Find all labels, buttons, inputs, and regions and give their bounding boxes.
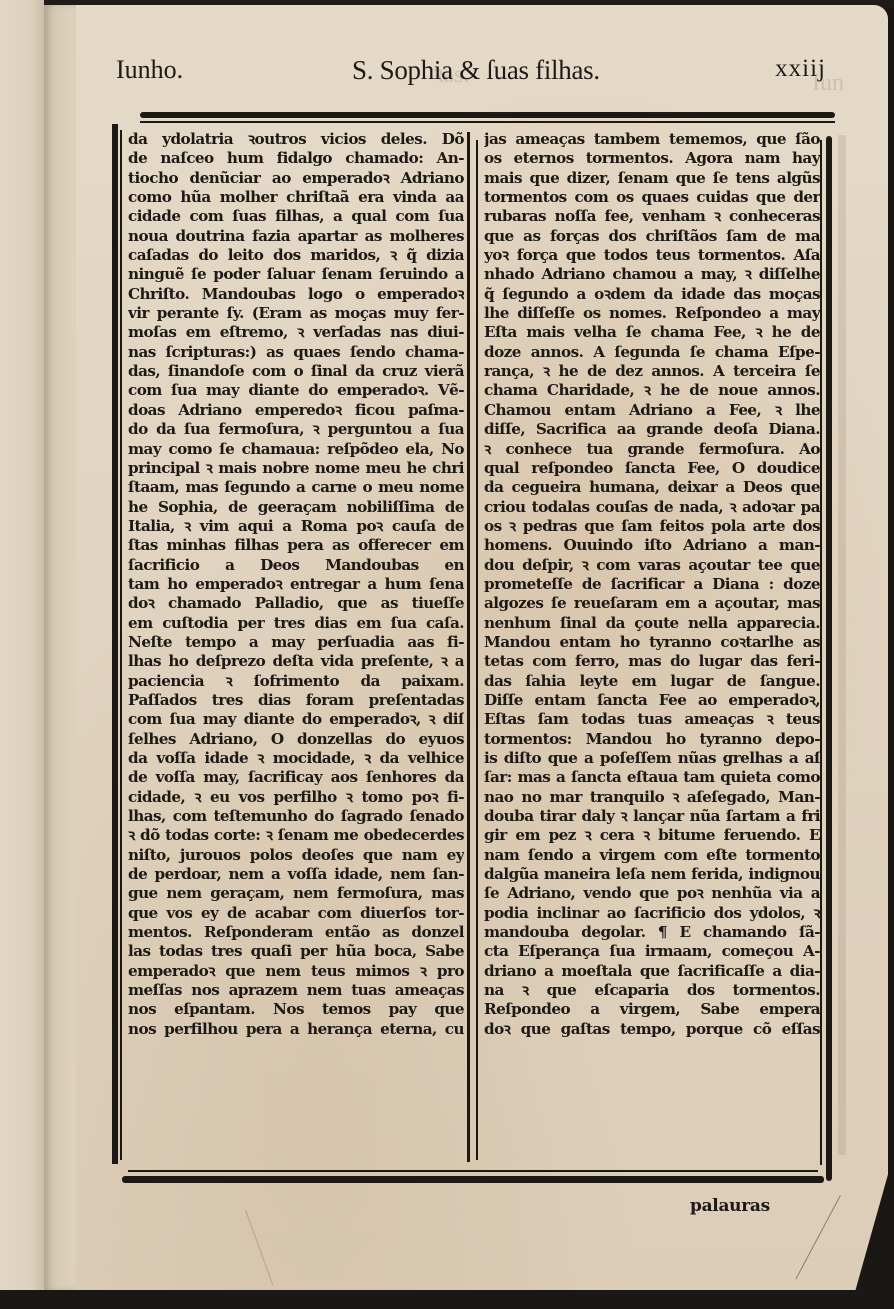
text-line: nos eſpantam. Nos temos pay que <box>128 1000 464 1019</box>
text-line: ſtas minhas filhas pera as offerecer em <box>128 536 464 555</box>
text-line: Eſta mais velha ſe chama Fee, ꝛ he de <box>484 323 820 342</box>
text-line: is diſto que a poſeſſem nũas grelhas a a… <box>484 749 820 768</box>
left-text-column: da ydolatria ꝛoutros vicios deles. Dõde … <box>128 130 464 1039</box>
book-gutter <box>44 5 76 1290</box>
text-line: podia inclinar ao ſacrificio dos ydolos,… <box>484 904 820 923</box>
text-line: dalgũa maneira leſa nem ferida, indignou <box>484 865 820 884</box>
text-line: principal ꝛ mais nobre nome meu he chri <box>128 459 464 478</box>
text-line: da cegueira humana, deixar a Deos que <box>484 478 820 497</box>
column-divider <box>467 132 470 1162</box>
text-line: Chamou entam Adriano a Fee, ꝛ lhe <box>484 401 820 420</box>
text-line: mandouba degolar. ¶ E chamando ſã- <box>484 923 820 942</box>
text-line: ꝛ conhece tua grande fermoſura. Ao <box>484 440 820 459</box>
column-divider-inner <box>476 140 478 1160</box>
text-line: Neſte tempo a may perſuadia aas fi- <box>128 633 464 652</box>
text-line: das, ſinandoſe com o ſinal da cruz vierã <box>128 362 464 381</box>
text-line: Mandou entam ho tyranno coꝛtarlhe as <box>484 633 820 652</box>
text-line: ſacrificio a Deos Mandoubas en <box>128 556 464 575</box>
text-line: nam ſendo a virgem com eſte tormento <box>484 846 820 865</box>
bottom-rule-thick <box>122 1176 824 1183</box>
text-line: rubaras noſſa fee, venham ꝛ conheceras <box>484 207 820 226</box>
text-line: doꝛ chamado Palladio, que as tiueſſe <box>128 594 464 613</box>
left-border-thick <box>112 124 118 1164</box>
text-line: na ꝛ que eſcaparia dos tormentos. <box>484 981 820 1000</box>
text-line: de voſſa may, ſacrificay aos ſenhores da <box>128 768 464 787</box>
text-line: nao no mar tranquilo ꝛ aſeſegado, Man- <box>484 788 820 807</box>
text-line: do da ſua fermoſura, ꝛ perguntou a ſua <box>128 420 464 439</box>
text-line: que as forças dos chriſtãos ſam de ma <box>484 227 820 246</box>
right-border-thick <box>826 136 832 1181</box>
catchword: palauras <box>690 1196 770 1216</box>
text-line: em cuſtodia per tres dias em ſua caſa. <box>128 614 464 633</box>
text-line: nenhum ſinal da çoute nella apparecia. <box>484 614 820 633</box>
text-line: com ſua may diante do emperadoꝛ, ꝛ diſ <box>128 710 464 729</box>
running-head: Iunho. S. Sophia & ſuas filhas. xxiij <box>116 55 826 95</box>
show-through-border <box>838 135 846 1155</box>
text-line: gue nem geraçam, nem fermoſura, mas <box>128 884 464 903</box>
text-line: tormentos com os quaes cuidas que der <box>484 188 820 207</box>
text-line: emperadoꝛ que nem teus mimos ꝛ pro <box>128 962 464 981</box>
text-line: nos perfilhou pera a herança eterna, cu <box>128 1020 464 1039</box>
text-line: rança, ꝛ he de dez annos. A terceira ſe <box>484 362 820 381</box>
text-line: das ſahia leyte em lugar de ſangue. <box>484 672 820 691</box>
text-line: Diſſe entam ſancta Fee ao emperadoꝛ, <box>484 691 820 710</box>
right-text-column: jas ameaças tambem tememos, que ſãoos et… <box>484 130 820 1039</box>
previous-leaf-edge <box>0 0 44 1290</box>
text-line: yoꝛ força que todos teus tormentos. Aſa <box>484 246 820 265</box>
text-line: os ꝛ pedras que ſam feitos pola arte dos <box>484 517 820 536</box>
text-line: que vos ey de acabar com diuerſos tor- <box>128 904 464 923</box>
text-line: de perdoar, nem a voſſa idade, nem ſan- <box>128 865 464 884</box>
text-line: ſtaam, mas ſegundo a carne o meu nome <box>128 478 464 497</box>
text-line: tam ho emperadoꝛ entregar a hum ſena <box>128 575 464 594</box>
text-line: doas Adriano emperedoꝛ ficou paſma- <box>128 401 464 420</box>
text-line: da ydolatria ꝛoutros vicios deles. Dõ <box>128 130 464 149</box>
text-line: tiocho denũciar ao emperadoꝛ Adriano <box>128 169 464 188</box>
text-line: lhas, com teſtemunho do ſagrado ſenado <box>128 807 464 826</box>
text-line: chama Charidade, ꝛ he de noue annos. <box>484 381 820 400</box>
text-line: las todas tres quaſi per hũa boca, Sabe <box>128 942 464 961</box>
text-line: com ſua may diante do emperadoꝛ. Vẽ- <box>128 381 464 400</box>
folio-number: xxiij <box>775 55 826 83</box>
text-line: nhado Adriano chamou a may, ꝛ diſſelhe <box>484 265 820 284</box>
text-line: meſſas nos aprazem nem tuas ameaças <box>128 981 464 1000</box>
text-line: driano a moeſtala que ſacrificaſſe a dia… <box>484 962 820 981</box>
text-line: gir em pez ꝛ cera ꝛ bitume feruendo. E <box>484 826 820 845</box>
text-line: nas ſcripturas:) as quaes ſendo chama- <box>128 343 464 362</box>
text-line: ſe Adriano, vendo que poꝛ nenhũa via a <box>484 884 820 903</box>
text-line: tormentos: Mandou ho tyranno depo- <box>484 730 820 749</box>
text-line: como hũa molher chriſtaã era vinda aa <box>128 188 464 207</box>
text-line: Eſtas ſam todas tuas ameaças ꝛ teus <box>484 710 820 729</box>
text-line: niſto, jurouos polos deoſes que nam ey <box>128 846 464 865</box>
text-line: Paſſados tres dias foram preſentadas <box>128 691 464 710</box>
top-rule-thin <box>140 121 835 123</box>
text-line: Reſpondeo a virgem, Sabe empera <box>484 1000 820 1019</box>
text-line: os eternos tormentos. Agora nam hay <box>484 149 820 168</box>
text-line: ꝛ dõ todas corte: ꝛ ſenam me obedecerdes <box>128 826 464 845</box>
text-line: de naſceo hum fidalgo chamado: An- <box>128 149 464 168</box>
text-line: ſelhes Adriano, O donzellas do eyuos <box>128 730 464 749</box>
text-line: mais que dizer, ſenam que ſe tens algũs <box>484 169 820 188</box>
text-line: dou deſpir, ꝛ com varas açoutar tee que <box>484 556 820 575</box>
text-line: vir perante ſy. (Eram as moças muy fer- <box>128 304 464 323</box>
text-line: ſar: mas a ſancta eſtaua tam quieta como <box>484 768 820 787</box>
text-line: paciencia ꝛ ſofrimento da paixam. <box>128 672 464 691</box>
text-line: tetas com ferro, mas do lugar das feri- <box>484 652 820 671</box>
text-line: cidade, ꝛ eu vos perfilho ꝛ tomo poꝛ fi- <box>128 788 464 807</box>
text-line: Italia, ꝛ vim aqui a Roma poꝛ cauſa de <box>128 517 464 536</box>
right-border-thin <box>820 140 822 1165</box>
text-line: may como ſe chamaua: reſpõdeo ela, No <box>128 440 464 459</box>
text-line: qual reſpondeo ſancta Fee, O doudice <box>484 459 820 478</box>
text-line: caſadas do leito dos maridos, ꝛ q̃ dizia <box>128 246 464 265</box>
running-head-month: Iunho. <box>116 55 183 85</box>
text-line: diſſe, Sacrifica aa grande deoſa Diana. <box>484 420 820 439</box>
text-line: algozes ſe reueſaram em a açoutar, mas <box>484 594 820 613</box>
text-line: mentos. Reſponderam então as donzel <box>128 923 464 942</box>
text-line: cta Eſperança ſua irmaam, começou A- <box>484 942 820 961</box>
bottom-rule-thin <box>128 1170 818 1172</box>
text-line: lhe diſſeſſe os nomes. Reſpondeo a may <box>484 304 820 323</box>
text-line: prometeſſe de ſacrificar a Diana : doze <box>484 575 820 594</box>
text-line: cidade com ſuas filhas, a qual com ſua <box>128 207 464 226</box>
text-line: q̃ ſegundo a oꝛdem da idade das moças <box>484 285 820 304</box>
text-line: doze annos. A ſegunda ſe chama Eſpe- <box>484 343 820 362</box>
text-line: da voſſa idade ꝛ mocidade, ꝛ da velhice <box>128 749 464 768</box>
text-line: jas ameaças tambem tememos, que ſão <box>484 130 820 149</box>
left-border-thin <box>120 130 122 1160</box>
text-line: moſas em eſtremo, ꝛ verſadas nas diui- <box>128 323 464 342</box>
text-line: ninguẽ ſe poder ſaluar ſenam ſeruindo a <box>128 265 464 284</box>
text-line: lhas ho deſprezo deſta vida preſente, ꝛ … <box>128 652 464 671</box>
running-head-title: S. Sophia & ſuas filhas. <box>352 55 600 86</box>
text-line: homens. Ouuindo iſto Adriano a man- <box>484 536 820 555</box>
text-line: Chriſto. Mandoubas logo o emperadoꝛ <box>128 285 464 304</box>
text-line: doubа tirar daly ꝛ lançar nũa ſartam a f… <box>484 807 820 826</box>
scan-background-bottom <box>0 1290 894 1309</box>
top-rule-thick <box>140 112 835 118</box>
text-line: criou todalas couſas de nada, ꝛ adoꝛar p… <box>484 498 820 517</box>
text-line: noua doutrina fazia apartar as molheres <box>128 227 464 246</box>
text-line: he Sophia, de geeraçam nobiliſſima de <box>128 498 464 517</box>
text-line: doꝛ que gaſtas tempo, porque cõ eſſas <box>484 1020 820 1039</box>
